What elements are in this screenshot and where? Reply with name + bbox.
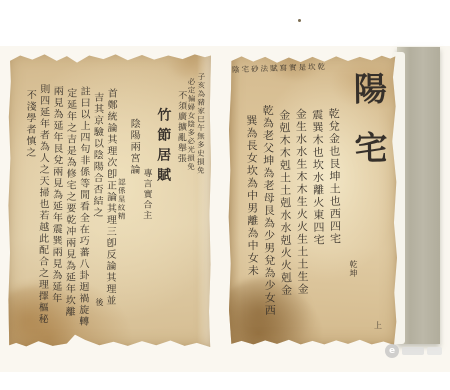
- right-page-text: 陽宅 乾兌金也艮坤土也西四宅 震巽木也坎水離火東四宅 金生水水生木木生火火生土土…: [228, 54, 397, 345]
- text-column: 吉其京驗以陰陽合否結之: [88, 92, 103, 347]
- page-mark: 上: [374, 320, 382, 331]
- text-column: 子亥為豬家巳午無多史損免: [194, 73, 206, 347]
- text-column: 註曰以上四句非係等閒看全在巧蕃八卦迴禍旋轉: [75, 86, 90, 347]
- text-column: 則四延年者為人之天掃也若越此配合之理擇樞秘: [34, 83, 49, 346]
- dust-speck: [298, 19, 301, 22]
- text-column: 震巽木也坎水離火東四宅: [308, 109, 327, 345]
- text-column: 陰陽兩宮論: [125, 118, 140, 347]
- text-column: 定延年之吉是為修宅之要乾冲兩見為延年坎離: [61, 88, 76, 347]
- text-column: 專言實合主: [139, 168, 152, 347]
- right-page: 陰宅砂法賦寫實是坎乾 陽宅 乾兌金也艮坤土也西四宅 震巽木也坎水離火東四宅 金生…: [228, 54, 397, 345]
- interlinear-note: 乾坤: [348, 260, 359, 278]
- interlinear-note: 後: [94, 298, 105, 307]
- text-column: 不須廣擴亂舉張: [173, 90, 186, 347]
- text-column: 首鄭統論其理次卽正論其理三卽反論其理並: [102, 88, 117, 347]
- watermark: e: [385, 344, 442, 358]
- text-column: 金生水水生木木生火火生土土生金: [292, 108, 311, 345]
- watermark-text-block: [402, 347, 424, 355]
- page-title: 陽宅: [344, 71, 395, 344]
- text-column: 巽為長女坎為中男離為中女未: [242, 115, 261, 345]
- manuscript-photo: 子亥為豬家巳午無多史損免 必定偏婦女陰多必光損免 不須廣擴亂舉張 竹節居賦 專言…: [0, 0, 450, 390]
- text-column: 認係星紋精: [115, 178, 126, 347]
- text-column: 金剋木木剋土土剋水水剋火火剋金: [275, 109, 294, 345]
- section-title: 竹節居賦: [150, 107, 174, 347]
- text-column: 乾為老父坤為老母艮為少男兌為少女西: [259, 104, 278, 345]
- watermark-text-block: [427, 347, 442, 355]
- watermark-logo-icon: e: [385, 344, 399, 358]
- text-column: 乾兌金也艮坤土也西四宅: [325, 108, 344, 345]
- left-page-text: 子亥為豬家巳午無多史損免 必定偏婦女陰多必光損免 不須廣擴亂舉張 竹節居賦 專言…: [8, 52, 211, 347]
- left-page: 子亥為豬家巳午無多史損免 必定偏婦女陰多必光損免 不須廣擴亂舉張 竹節居賦 專言…: [8, 52, 211, 347]
